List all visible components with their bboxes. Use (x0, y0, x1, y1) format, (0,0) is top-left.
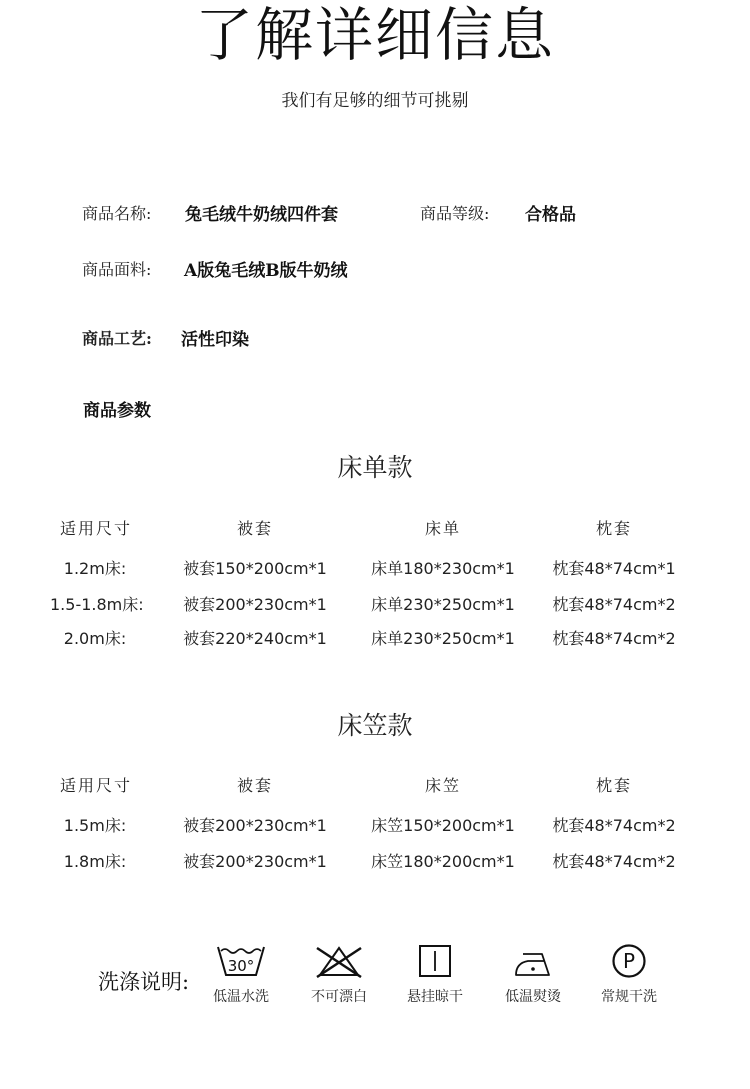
spec-name-value: 兔毛绒牛奶绒四件套 (185, 200, 338, 225)
cell-sheet: 床单180*230cm*1 (358, 556, 528, 579)
cell-size: 1.5-1.8m床: (50, 592, 140, 615)
wash-item-label: 常规干洗 (584, 986, 674, 1006)
wash-item-no-bleach: 不可漂白 (294, 944, 384, 1006)
spec-fabric-value: A版兔毛绒B版牛奶绒 (184, 256, 348, 281)
wash-30-icon: 30° (216, 944, 266, 978)
cell-pillow: 枕套48*74cm*2 (544, 626, 684, 649)
wash-item-low-temp: 30° 低温水洗 (196, 944, 286, 1006)
washing-label: 洗涤说明: (98, 966, 189, 996)
header-sheet: 床单 (358, 516, 528, 539)
no-bleach-icon (314, 944, 364, 978)
spec-fabric-label: 商品面料: (82, 257, 151, 280)
wash-item-low-iron: 低温熨烫 (488, 944, 578, 1006)
cell-sheet: 床单230*250cm*1 (358, 626, 528, 649)
cell-size: 1.8m床: (60, 849, 130, 872)
cell-pillow: 枕套48*74cm*2 (544, 592, 684, 615)
dry-clean-p-icon: P (604, 944, 654, 978)
cell-size: 2.0m床: (60, 626, 130, 649)
cell-pillow: 枕套48*74cm*1 (544, 556, 684, 579)
wash-item-label: 低温熨烫 (488, 986, 578, 1006)
cell-pillow: 枕套48*74cm*2 (544, 849, 684, 872)
fitted-table: 适用尺寸 被套 床笠 枕套 1.5m床: 被套200*230cm*1 床笠150… (60, 773, 710, 869)
table-row: 1.5m床: 被套200*230cm*1 床笠150*200cm*1 枕套48*… (60, 813, 710, 833)
header-duvet: 被套 (175, 516, 335, 539)
header-size: 适用尺寸 (60, 516, 130, 539)
sheet-table: 适用尺寸 被套 床单 枕套 1.2m床: 被套150*200cm*1 床单180… (60, 516, 710, 646)
fitted-table-title: 床笠款 (0, 711, 750, 741)
header-duvet: 被套 (175, 773, 335, 796)
cell-size: 1.5m床: (60, 813, 130, 836)
page-subtitle: 我们有足够的细节可挑剔 (0, 90, 750, 112)
cell-fitted: 床笠150*200cm*1 (358, 813, 528, 836)
spec-grade-value: 合格品 (525, 200, 576, 225)
page-title: 了解详细信息 (0, 2, 750, 68)
spec-name-label: 商品名称: (82, 201, 151, 224)
cell-duvet: 被套200*230cm*1 (175, 813, 335, 836)
table-row: 1.8m床: 被套200*230cm*1 床笠180*200cm*1 枕套48*… (60, 849, 710, 869)
table-header-row: 适用尺寸 被套 床单 枕套 (60, 516, 710, 536)
cell-size: 1.2m床: (60, 556, 130, 579)
wash-item-hang-dry: 悬挂晾干 (390, 944, 480, 1006)
cell-sheet: 床单230*250cm*1 (358, 592, 528, 615)
spec-craft-label: 商品工艺: (82, 326, 152, 349)
wash-item-dry-clean: P 常规干洗 (584, 944, 674, 1006)
wash-item-label: 低温水洗 (196, 986, 286, 1006)
cell-duvet: 被套200*230cm*1 (175, 592, 335, 615)
cell-pillow: 枕套48*74cm*2 (544, 813, 684, 836)
cell-duvet: 被套220*240cm*1 (175, 626, 335, 649)
spec-craft-value: 活性印染 (181, 325, 249, 350)
table-row: 1.5-1.8m床: 被套200*230cm*1 床单230*250cm*1 枕… (60, 592, 710, 612)
hang-dry-icon (410, 944, 460, 978)
cell-fitted: 床笠180*200cm*1 (358, 849, 528, 872)
table-row: 1.2m床: 被套150*200cm*1 床单180*230cm*1 枕套48*… (60, 556, 710, 576)
spec-grade-label: 商品等级: (420, 201, 489, 224)
table-row: 2.0m床: 被套220*240cm*1 床单230*250cm*1 枕套48*… (60, 626, 710, 646)
params-heading: 商品参数 (83, 396, 151, 421)
cell-duvet: 被套150*200cm*1 (175, 556, 335, 579)
svg-text:30°: 30° (228, 957, 255, 975)
header-pillow: 枕套 (544, 516, 684, 539)
header-size: 适用尺寸 (60, 773, 130, 796)
svg-text:P: P (623, 949, 635, 973)
low-iron-icon (508, 944, 558, 978)
header-fitted: 床笠 (358, 773, 528, 796)
wash-item-label: 悬挂晾干 (390, 986, 480, 1006)
wash-item-label: 不可漂白 (294, 986, 384, 1006)
table-header-row: 适用尺寸 被套 床笠 枕套 (60, 773, 710, 793)
header-pillow: 枕套 (544, 773, 684, 796)
sheet-table-title: 床单款 (0, 453, 750, 483)
cell-duvet: 被套200*230cm*1 (175, 849, 335, 872)
